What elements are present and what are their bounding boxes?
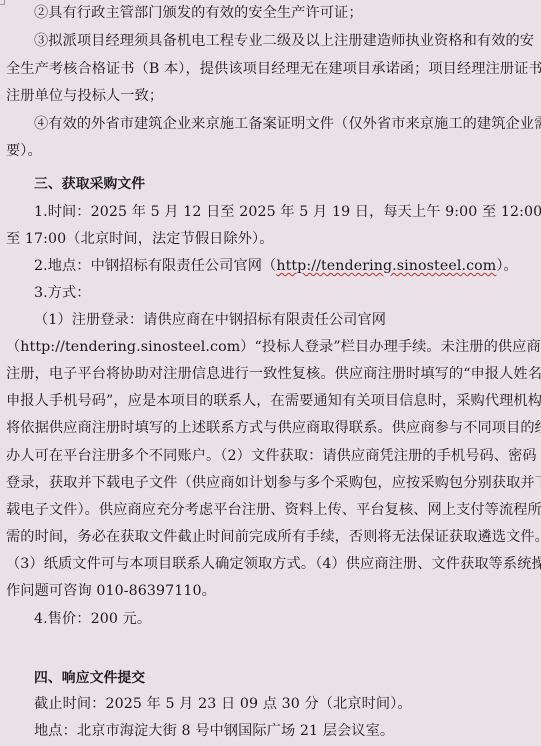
method-line-9: 需的时间，务必在获取文件截止时间前完成所有手续，否则将无法保证获取遴选文件。 <box>6 527 538 547</box>
qualification-item-3-line-2: 全生产考核合格证书（B 本），提供该项目经理无在建项目承诺函；项目经理注册证书 <box>6 59 538 79</box>
section-4-location: 地点：北京市海淀大街 8 号中钢国际广场 21 层会议室。 <box>34 721 538 741</box>
section-3-method-label: 3.方式： <box>34 283 538 303</box>
section-3-time-line-2: 至 17:00（北京时间，法定节假日除外）。 <box>6 229 538 249</box>
qualification-item-4-line-1: ④有效的外省市建筑企业来京施工备案证明文件（仅外省市来京施工的建筑企业需 <box>34 114 538 134</box>
section-4-heading: 四、响应文件提交 <box>34 668 538 688</box>
method-line-4: 申报人手机号码”，应是本项目的联系人，在需要通知有关项目信息时，采购代理机构 <box>6 391 538 411</box>
method-line-10: （3）纸质文件可与本项目联系人确定领取方式。（4）供应商注册、文件获取等系统操 <box>6 554 538 574</box>
section-3-location: 2.地点：中钢招标有限责任公司官网（http://tendering.sinos… <box>34 256 538 276</box>
section-3-time-line-1: 1.时间：2025 年 5 月 12 日至 2025 年 5 月 19 日，每天… <box>34 202 538 222</box>
method-line-1: （1）注册登录：请供应商在中钢招标有限责任公司官网 <box>34 310 538 330</box>
method-line-5: 将依据供应商注册时填写的上述联系方式与供应商取得联系。供应商参与不同项目的经 <box>6 418 538 438</box>
qualification-item-3-line-3: 注册单位与投标人一致； <box>6 86 538 106</box>
method-line-11: 作问题可咨询 010-86397110。 <box>6 581 538 601</box>
section-4-deadline: 截止时间：2025 年 5 月 23 日 09 点 30 分（北京时间）。 <box>34 694 538 714</box>
method-line-6: 办人可在平台注册多个不同账户。（2）文件获取：请供应商凭注册的手机号码、密码 <box>6 446 538 466</box>
method-line-8: 载电子文件）。供应商应充分考虑平台注册、资料上传、平台复核、网上支付等流程所 <box>6 500 538 520</box>
page-corner-marker <box>0 0 5 5</box>
qualification-item-3-line-1: ③拟派项目经理须具备机电工程专业二级及以上注册建造师执业资格和有效的安 <box>34 31 538 51</box>
tendering-website-link[interactable]: http://tendering.sinosteel.com <box>276 258 496 274</box>
document-page: ②具有行政主管部门颁发的有效的安全生产许可证； ③拟派项目经理须具备机电工程专业… <box>0 0 541 746</box>
location-prefix: 2.地点：中钢招标有限责任公司官网（ <box>34 258 276 274</box>
qualification-item-2: ②具有行政主管部门颁发的有效的安全生产许可证； <box>34 3 538 23</box>
section-3-price: 4.售价：200 元。 <box>34 609 538 629</box>
location-suffix: ）。 <box>496 258 517 274</box>
method-line-7: 登录，获取并下载电子文件（供应商如计划参与多个采购包，应按采购包分别获取并下 <box>6 473 538 493</box>
method-line-2: （http://tendering.sinosteel.com）“投标人登录”栏… <box>6 337 538 357</box>
method-line-3: 注册，电子平台将协助对注册信息进行一致性复核。供应商注册时填写的“申报人姓名、 <box>6 364 538 384</box>
qualification-item-4-line-2: 要）。 <box>6 141 538 161</box>
section-3-heading: 三、获取采购文件 <box>34 174 538 194</box>
